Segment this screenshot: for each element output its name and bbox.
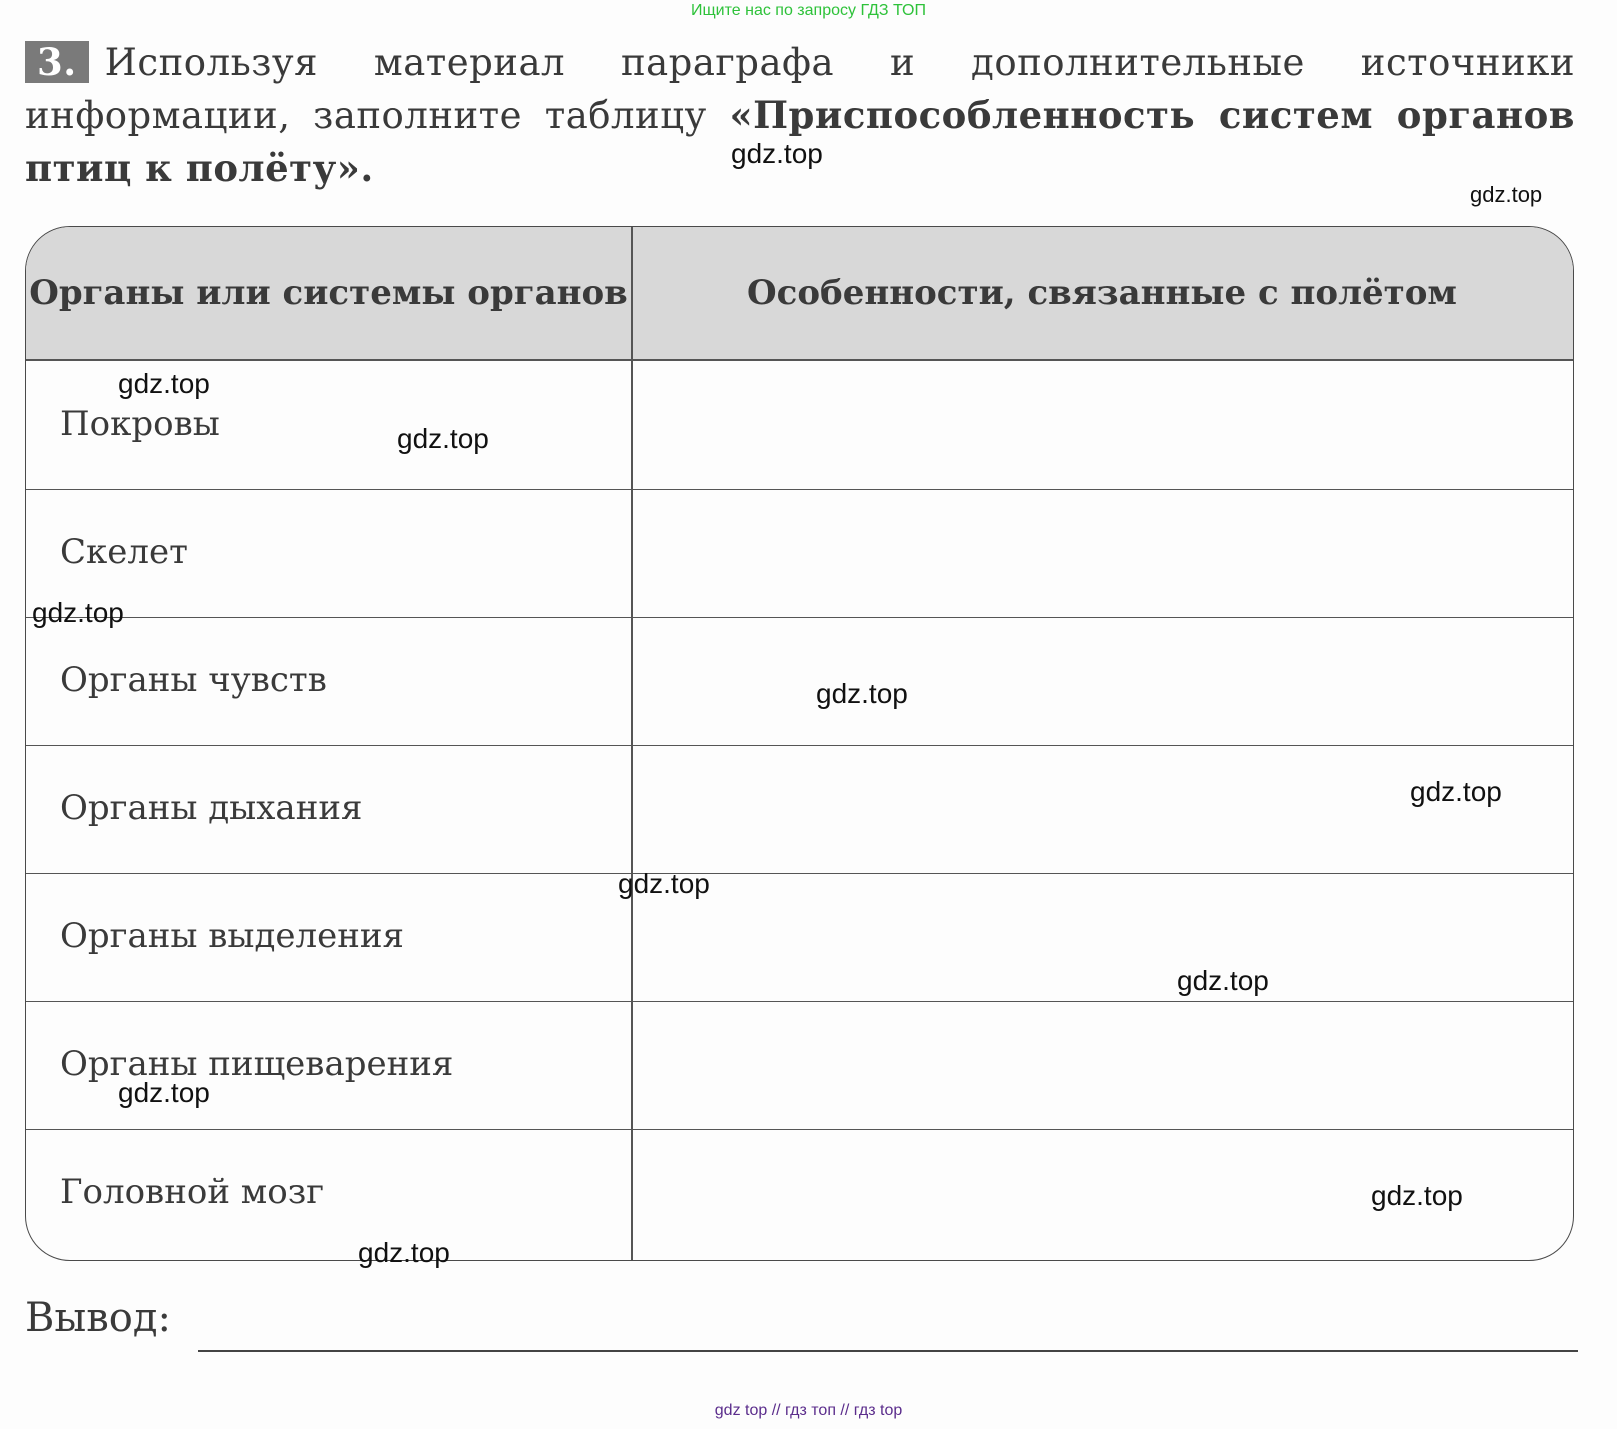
task-number: 3. bbox=[25, 41, 89, 83]
footer-watermark: gdz top // гдз топ // гдз top bbox=[0, 1402, 1617, 1420]
watermark: gdz.top bbox=[1371, 1180, 1463, 1212]
table-row: Органы дыхания bbox=[26, 743, 1573, 874]
watermark: gdz.top bbox=[1470, 182, 1542, 208]
watermark: gdz.top bbox=[1410, 776, 1502, 808]
row-label: Органы чувств bbox=[60, 615, 327, 745]
watermark: gdz.top bbox=[618, 868, 710, 900]
row-label: Органы дыхания bbox=[60, 743, 362, 873]
answer-cell[interactable] bbox=[633, 615, 1573, 745]
table-header: Органы или системы органов Особенности, … bbox=[26, 227, 1573, 361]
answer-cell[interactable] bbox=[633, 359, 1573, 489]
header-features: Особенности, связанные с полётом bbox=[631, 227, 1573, 359]
watermark: gdz.top bbox=[358, 1237, 450, 1269]
row-label: Головной мозг bbox=[60, 1127, 324, 1257]
conclusion-input[interactable] bbox=[198, 1350, 1578, 1352]
answer-cell[interactable] bbox=[633, 871, 1573, 1001]
watermark: gdz.top bbox=[118, 368, 210, 400]
table-row: Скелет bbox=[26, 487, 1573, 618]
column-divider bbox=[631, 227, 633, 1260]
watermark: gdz.top bbox=[118, 1077, 210, 1109]
table-row: Органы чувств bbox=[26, 615, 1573, 746]
task-text: 3.Используя материал параграфа и дополни… bbox=[25, 36, 1575, 195]
answer-cell[interactable] bbox=[633, 487, 1573, 617]
table-row: Головной мозг bbox=[26, 1127, 1573, 1257]
watermark: gdz.top bbox=[397, 423, 489, 455]
row-label: Органы пищеварения bbox=[60, 999, 453, 1129]
watermark: gdz.top bbox=[816, 678, 908, 710]
watermark: gdz.top bbox=[1177, 965, 1269, 997]
row-label: Органы выделения bbox=[60, 871, 404, 1001]
table-row: Органы выделения bbox=[26, 871, 1573, 1002]
header-organs: Органы или системы органов bbox=[26, 227, 631, 359]
table-row: Органы пищеварения bbox=[26, 999, 1573, 1130]
watermark: gdz.top bbox=[32, 597, 124, 629]
table-row: Покровы bbox=[26, 359, 1573, 490]
answer-cell[interactable] bbox=[633, 743, 1573, 873]
conclusion-label: Вывод: bbox=[25, 1295, 171, 1341]
watermark: gdz.top bbox=[731, 138, 823, 170]
search-banner: Ищите нас по запросу ГДЗ ТОП bbox=[0, 2, 1617, 20]
organ-adaptation-table: Органы или системы органов Особенности, … bbox=[25, 226, 1574, 1261]
answer-cell[interactable] bbox=[633, 999, 1573, 1129]
